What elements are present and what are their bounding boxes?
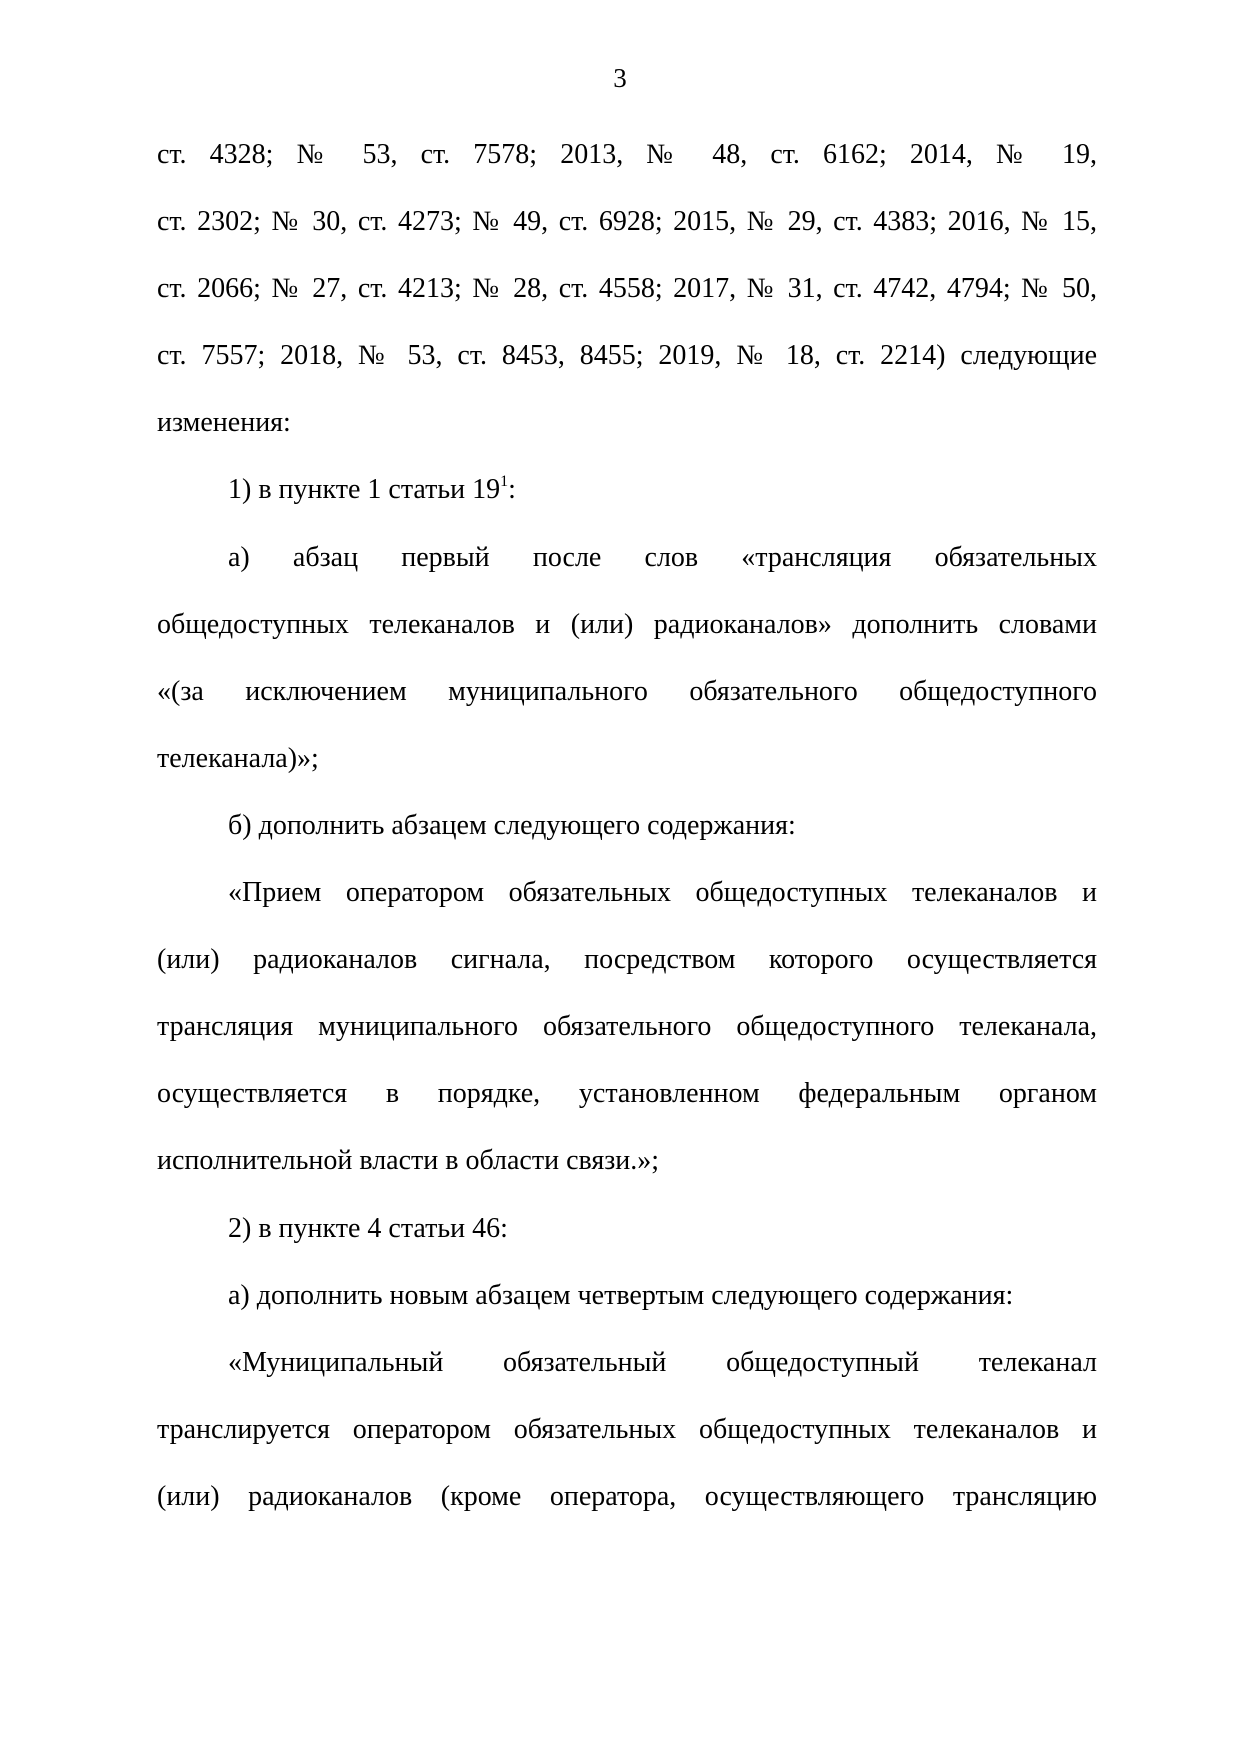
superscript: 1 bbox=[500, 473, 508, 490]
text-line: «(за исключением муниципального обязател… bbox=[157, 674, 1097, 741]
text-line: «Муниципальный обязательный общедоступны… bbox=[157, 1345, 1097, 1412]
text-line: трансляция муниципального обязательного … bbox=[157, 1009, 1097, 1076]
text-line: общедоступных телеканалов и (или) радиок… bbox=[157, 607, 1097, 674]
text-line-content: (или) радиоканалов сигнала, посредством … bbox=[157, 942, 1097, 978]
text-line-content: 2) в пункте 4 статьи 46: bbox=[228, 1213, 508, 1244]
text-line-content: изменения: bbox=[157, 407, 291, 438]
text-line-content: (или) радиоканалов (кроме оператора, осу… bbox=[157, 1479, 1097, 1515]
text-line: «Прием оператором обязательных общедосту… bbox=[157, 875, 1097, 942]
text-line-content: телеканала)»; bbox=[157, 743, 319, 774]
text-line-content: транслируется оператором обязательных об… bbox=[157, 1412, 1097, 1448]
text-line-content: а) абзац первый после слов «трансляция о… bbox=[228, 540, 1097, 576]
text-line: а) абзац первый после слов «трансляция о… bbox=[157, 540, 1097, 607]
text-line: телеканала)»; bbox=[157, 741, 1097, 808]
text-line-content: ст. 7557; 2018, № 53, ст. 8453, 8455; 20… bbox=[157, 338, 1097, 374]
text-line: ст. 4328; № 53, ст. 7578; 2013, № 48, ст… bbox=[157, 137, 1097, 204]
text-line-content: 1) в пункте 1 статьи 19 bbox=[228, 474, 500, 505]
text-line-content: б) дополнить абзацем следующего содержан… bbox=[228, 810, 796, 841]
text-line-content: ст. 2302; № 30, ст. 4273; № 49, ст. 6928… bbox=[157, 204, 1097, 240]
text-line: изменения: bbox=[157, 405, 1097, 472]
text-line-content: «Прием оператором обязательных общедосту… bbox=[228, 875, 1097, 911]
text-line-content: а) дополнить новым абзацем четвертым сле… bbox=[228, 1280, 1013, 1311]
text-line: ст. 7557; 2018, № 53, ст. 8453, 8455; 20… bbox=[157, 338, 1097, 405]
text-line: ст. 2066; № 27, ст. 4213; № 28, ст. 4558… bbox=[157, 271, 1097, 338]
text-line-content: «(за исключением муниципального обязател… bbox=[157, 674, 1097, 710]
text-line: исполнительной власти в области связи.»; bbox=[157, 1143, 1097, 1210]
text-line: транслируется оператором обязательных об… bbox=[157, 1412, 1097, 1479]
text-line-content: осуществляется в порядке, установленном … bbox=[157, 1076, 1097, 1112]
text-line-content: ст. 2066; № 27, ст. 4213; № 28, ст. 4558… bbox=[157, 271, 1097, 307]
text-line-content: общедоступных телеканалов и (или) радиок… bbox=[157, 607, 1097, 643]
text-line: ст. 2302; № 30, ст. 4273; № 49, ст. 6928… bbox=[157, 204, 1097, 271]
text-line-content: «Муниципальный обязательный общедоступны… bbox=[228, 1345, 1097, 1381]
document-body: ст. 4328; № 53, ст. 7578; 2013, № 48, ст… bbox=[157, 137, 1097, 1546]
text-line-suffix: : bbox=[508, 474, 516, 505]
text-line: (или) радиоканалов сигнала, посредством … bbox=[157, 942, 1097, 1009]
page-number: 3 bbox=[0, 60, 1240, 96]
text-line: 2) в пункте 4 статьи 46: bbox=[157, 1211, 1097, 1278]
text-line: осуществляется в порядке, установленном … bbox=[157, 1076, 1097, 1143]
text-line: б) дополнить абзацем следующего содержан… bbox=[157, 808, 1097, 875]
text-line-content: трансляция муниципального обязательного … bbox=[157, 1009, 1097, 1045]
text-line-content: ст. 4328; № 53, ст. 7578; 2013, № 48, ст… bbox=[157, 137, 1097, 173]
text-line-content: исполнительной власти в области связи.»; bbox=[157, 1145, 659, 1176]
text-line: а) дополнить новым абзацем четвертым сле… bbox=[157, 1278, 1097, 1345]
text-line: (или) радиоканалов (кроме оператора, осу… bbox=[157, 1479, 1097, 1546]
text-line: 1) в пункте 1 статьи 191: bbox=[157, 472, 1097, 539]
